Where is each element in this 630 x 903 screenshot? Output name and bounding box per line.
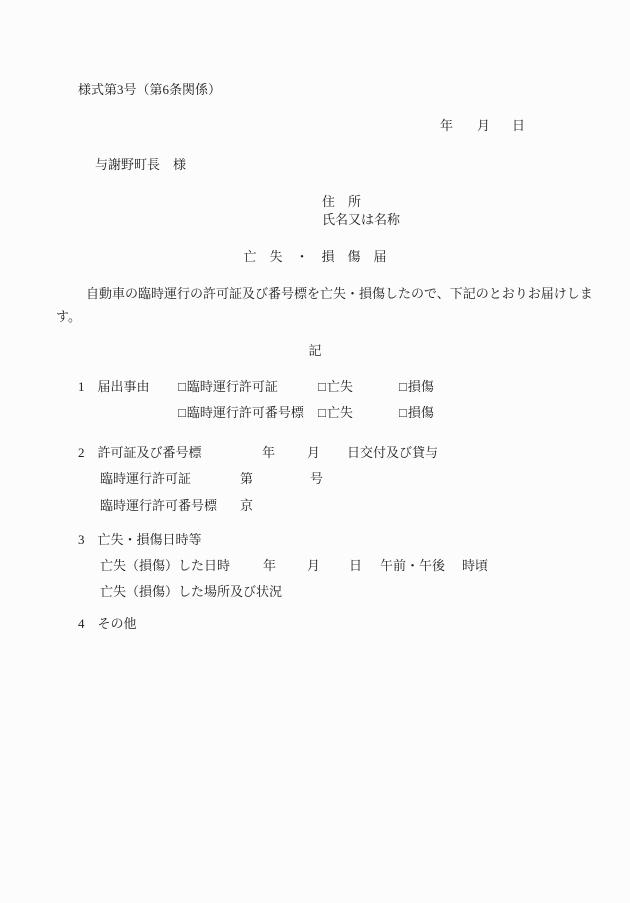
checkbox-lost-2: □亡失 — [318, 405, 353, 421]
place-label: 亡失（損傷）した場所及び状況 — [100, 584, 282, 600]
date-month-label: 月 — [477, 118, 490, 134]
checkbox-icon: □ — [178, 379, 186, 395]
checkbox-icon: □ — [399, 379, 407, 395]
permit-no-prefix: 第 — [240, 471, 253, 487]
checkbox-icon: □ — [178, 405, 186, 421]
notes-heading: 記 — [0, 343, 630, 359]
section-3-heading: 3 亡失・損傷日時等 — [78, 532, 202, 548]
checkbox-lost-1: □亡失 — [318, 379, 353, 395]
section-2-row-1: 2 許可証及び番号標 年 月 日交付及び貸与 — [0, 445, 630, 463]
date-year-label: 年 — [440, 118, 453, 134]
checkbox-icon: □ — [318, 379, 326, 395]
document-page: 様式第3号（第6条関係） 年 月 日 与謝野町長 様 住 所 氏名又は名称 亡 … — [0, 0, 630, 903]
checkbox-lost-2-label: 亡失 — [327, 405, 353, 421]
body-text-line1: 自動車の臨時運行の許可証及び番号標を亡失・損傷したので、下記のとおりお届けしま — [56, 286, 593, 302]
ampm-label: 午前・午後 — [380, 558, 445, 574]
checkbox-icon: □ — [318, 405, 326, 421]
checkbox-damaged-2: □損傷 — [399, 405, 434, 421]
lost-day-label: 日 — [349, 558, 362, 574]
issue-year-label: 年 — [262, 445, 275, 461]
section-2-heading: 2 許可証及び番号標 — [78, 445, 202, 461]
address-label: 住 所 — [322, 194, 361, 210]
issue-day-label: 日交付及び貸与 — [347, 445, 438, 461]
permit-label: 臨時運行許可証 — [100, 471, 191, 487]
plate-label: 臨時運行許可番号標 — [100, 498, 217, 514]
issue-month-label: 月 — [307, 445, 320, 461]
section-1-row-2: □臨時運行許可番号標 □亡失 □損傷 — [0, 405, 630, 423]
checkbox-damaged-2-label: 損傷 — [408, 405, 434, 421]
checkbox-lost-1-label: 亡失 — [327, 379, 353, 395]
checkbox-temp-permit: □臨時運行許可証 — [178, 379, 278, 395]
checkbox-damaged-1-label: 損傷 — [408, 379, 434, 395]
section-1-heading: 1 届出事由 — [78, 379, 150, 395]
section-2-row-2: 臨時運行許可証 第 号 — [0, 471, 630, 489]
checkbox-temp-plate: □臨時運行許可番号標 — [178, 405, 304, 421]
checkbox-temp-permit-label: 臨時運行許可証 — [187, 379, 278, 395]
addressee: 与謝野町長 様 — [95, 157, 186, 173]
plate-region-value: 京 — [240, 498, 253, 514]
checkbox-temp-plate-label: 臨時運行許可番号標 — [187, 405, 304, 421]
date-day-label: 日 — [512, 118, 525, 134]
section-4-heading: 4 その他 — [78, 616, 137, 632]
datetime-label: 亡失（損傷）した日時 — [100, 558, 230, 574]
section-1-row-1: 1 届出事由 □臨時運行許可証 □亡失 □損傷 — [0, 379, 630, 397]
lost-month-label: 月 — [307, 558, 320, 574]
checkbox-damaged-1: □損傷 — [399, 379, 434, 395]
time-label: 時頃 — [462, 558, 488, 574]
section-2-row-3: 臨時運行許可番号標 京 — [0, 498, 630, 516]
document-title: 亡 失 ・ 損 傷 届 — [0, 249, 630, 265]
checkbox-icon: □ — [399, 405, 407, 421]
lost-year-label: 年 — [263, 558, 276, 574]
body-text-line2: す。 — [56, 309, 81, 325]
date-line: 年 月 日 — [0, 118, 630, 136]
section-3-row-1: 亡失（損傷）した日時 年 月 日 午前・午後 時頃 — [0, 558, 630, 576]
form-number: 様式第3号（第6条関係） — [78, 82, 221, 98]
permit-no-suffix: 号 — [310, 471, 323, 487]
name-label: 氏名又は名称 — [322, 212, 400, 228]
